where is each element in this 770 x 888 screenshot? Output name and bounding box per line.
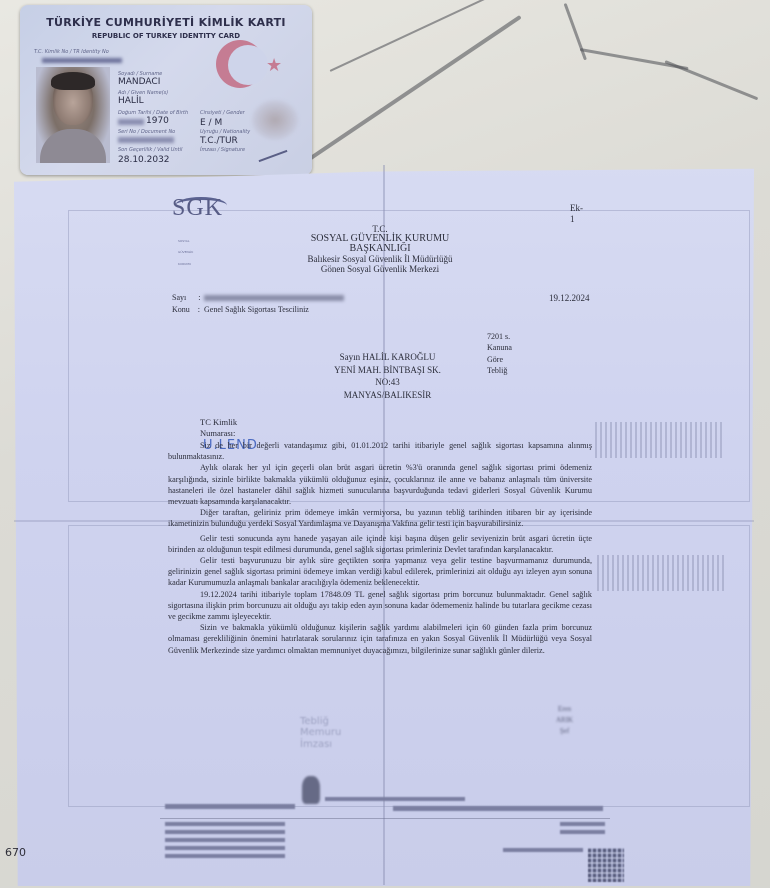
gender-label: Cinsiyeti / Gender bbox=[200, 110, 245, 116]
footer-contact bbox=[165, 822, 285, 860]
dob-value: 1970 bbox=[146, 116, 169, 126]
signer-title: Şef bbox=[556, 726, 573, 737]
paragraph: Gelir testi başvurunuzu bir aylık süre g… bbox=[168, 555, 592, 589]
sayi-label: Sayı bbox=[172, 293, 186, 302]
konu-label: Konu bbox=[172, 305, 190, 314]
tc-no-redacted bbox=[42, 58, 122, 63]
stamp-ghost-text: Tebliğ Memuru İmzası bbox=[300, 716, 341, 750]
paragraph: Gelir testi sonucunda aynı hanede yaşaya… bbox=[168, 533, 592, 555]
barcode-ghost bbox=[597, 555, 727, 591]
letter-body: Siz de her bir değerli vatandaşımız gibi… bbox=[168, 440, 592, 656]
header-province: Balıkesir Sosyal Güvenlik İl Müdürlüğü bbox=[280, 254, 480, 264]
nationality-label: Uyruğu / Nationality bbox=[200, 129, 250, 135]
footer-divider bbox=[160, 818, 610, 819]
sgk-logo-subtitle: SOSYAL GÜVENLİK KURUMU bbox=[178, 236, 193, 270]
marble-vein bbox=[330, 0, 512, 72]
address-street: YENİ MAH. BİNTBAŞI SK. bbox=[300, 364, 475, 377]
paragraph: Siz de her bir değerli vatandaşımız gibi… bbox=[168, 440, 592, 462]
name-value: HALİL bbox=[118, 96, 144, 106]
sayi-redacted bbox=[204, 295, 344, 301]
id-card-subtitle: REPUBLIC OF TURKEY IDENTITY CARD bbox=[20, 32, 312, 40]
footer-info-right bbox=[560, 822, 605, 834]
letter-header: T.C. SOSYAL GÜVENLİK KURUMU BAŞKANLIĞI B… bbox=[280, 224, 480, 274]
signature-scribble bbox=[259, 150, 288, 162]
paragraph: 19.12.2024 tarihi itibariyle toplam 1784… bbox=[168, 589, 592, 623]
expiry-value: 28.10.2032 bbox=[118, 155, 170, 165]
expiry-label: Son Geçerlilik / Valid Until bbox=[118, 147, 182, 153]
id-card-title: TÜRKİYE CUMHURİYETİ KİMLİK KARTI bbox=[20, 16, 312, 29]
marble-vein bbox=[304, 15, 522, 164]
qr-code bbox=[588, 848, 624, 882]
letter-date: 19.12.2024 bbox=[549, 293, 590, 304]
recipient-address: Sayın HALİL KAROĞLU YENİ MAH. BİNTBAŞI S… bbox=[300, 351, 475, 401]
address-number: NO:43 bbox=[300, 376, 475, 389]
marble-vein bbox=[664, 60, 758, 100]
signer-name: Eren ARIK bbox=[556, 704, 573, 726]
konu-value: Genel Sağlık Sigortası Tesciliniz bbox=[204, 305, 309, 314]
recipient-name: Sayın HALİL KAROĞLU bbox=[300, 351, 475, 364]
docno-label: Seri No / Document No bbox=[118, 129, 175, 135]
dob-redacted bbox=[118, 119, 144, 125]
footer-verify-left bbox=[165, 804, 295, 809]
tc-number-label: TC Kimlik Numarası: bbox=[200, 417, 237, 438]
holder-photo bbox=[36, 67, 110, 163]
signature-label: İmzası / Signature bbox=[200, 147, 245, 153]
signature-block: Eren ARIK Şef bbox=[556, 704, 573, 737]
nationality-value: T.C./TUR bbox=[200, 136, 238, 146]
paragraph: Diğer taraftan, geliriniz prim ödemeye i… bbox=[168, 507, 592, 529]
sgk-logo: SGK bbox=[172, 203, 223, 214]
crescent-icon bbox=[216, 40, 264, 88]
emblem-icon bbox=[302, 776, 320, 804]
tc-no-label: T.C. Kimlik No / TR Identity No bbox=[34, 49, 109, 55]
paragraph: Aylık olarak her yıl için geçerli olan b… bbox=[168, 462, 592, 507]
barcode-ghost bbox=[595, 422, 725, 458]
footer-note bbox=[325, 797, 465, 801]
letter-meta: Sayı : Konu : Genel Sağlık Sigortası Tes… bbox=[172, 292, 344, 316]
header-center: Gönen Sosyal Güvenlik Merkezi bbox=[280, 264, 480, 274]
gender-value: E / M bbox=[200, 118, 222, 128]
footer-phone bbox=[503, 848, 583, 852]
paragraph: Sizin ve bakmakla yükümlü olduğunuz kişi… bbox=[168, 622, 592, 656]
footer-verify-right bbox=[393, 806, 603, 811]
star-icon: ★ bbox=[266, 55, 282, 76]
ghost-photo bbox=[252, 100, 298, 140]
teblig-note: 7201 s. Kanuna Göre Tebliğ bbox=[487, 331, 512, 376]
annex-label: Ek-1 bbox=[570, 203, 583, 226]
docno-redacted bbox=[118, 137, 174, 143]
photo-label: 670 bbox=[5, 846, 26, 859]
header-institution: SOSYAL GÜVENLİK KURUMU BAŞKANLIĞI bbox=[280, 234, 480, 254]
address-city: MANYAS/BALIKESİR bbox=[300, 389, 475, 402]
identity-card: TÜRKİYE CUMHURİYETİ KİMLİK KARTI REPUBLI… bbox=[20, 5, 312, 175]
marble-vein bbox=[580, 48, 689, 70]
surname-value: MANDACI bbox=[118, 77, 160, 87]
